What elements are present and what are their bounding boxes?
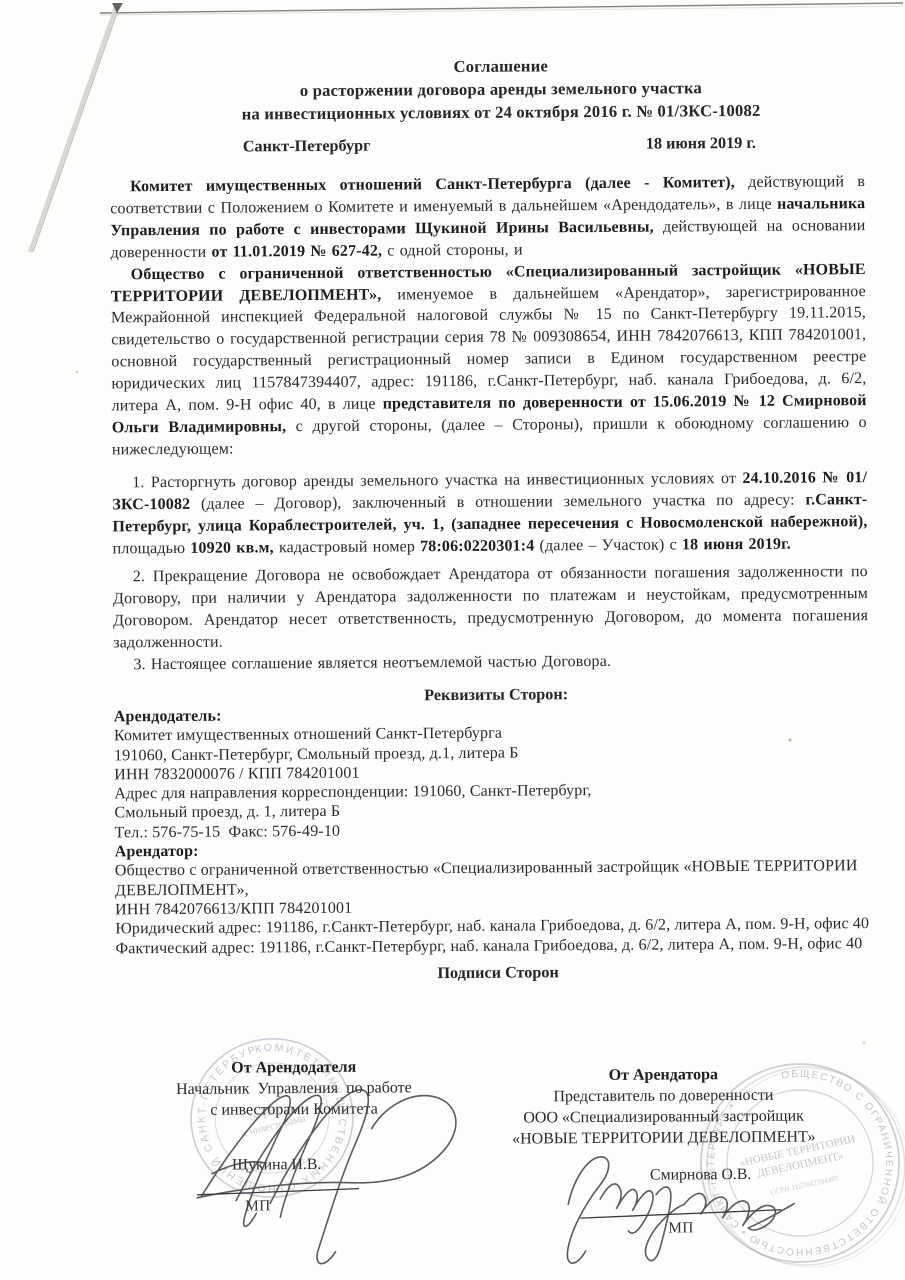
scan-artifacts-layer	[0, 0, 905, 1280]
fold-crease	[30, 7, 116, 252]
scan-top-edge-line	[100, 3, 903, 13]
scan-speck	[76, 371, 79, 374]
scanned-page: КОМИТЕТ ИМУЩЕСТВЕННЫХ ОТНОШЕНИЙ САНКТ-ПЕ…	[0, 0, 905, 1280]
scan-speck	[788, 738, 791, 741]
scan-speck	[863, 1042, 866, 1045]
